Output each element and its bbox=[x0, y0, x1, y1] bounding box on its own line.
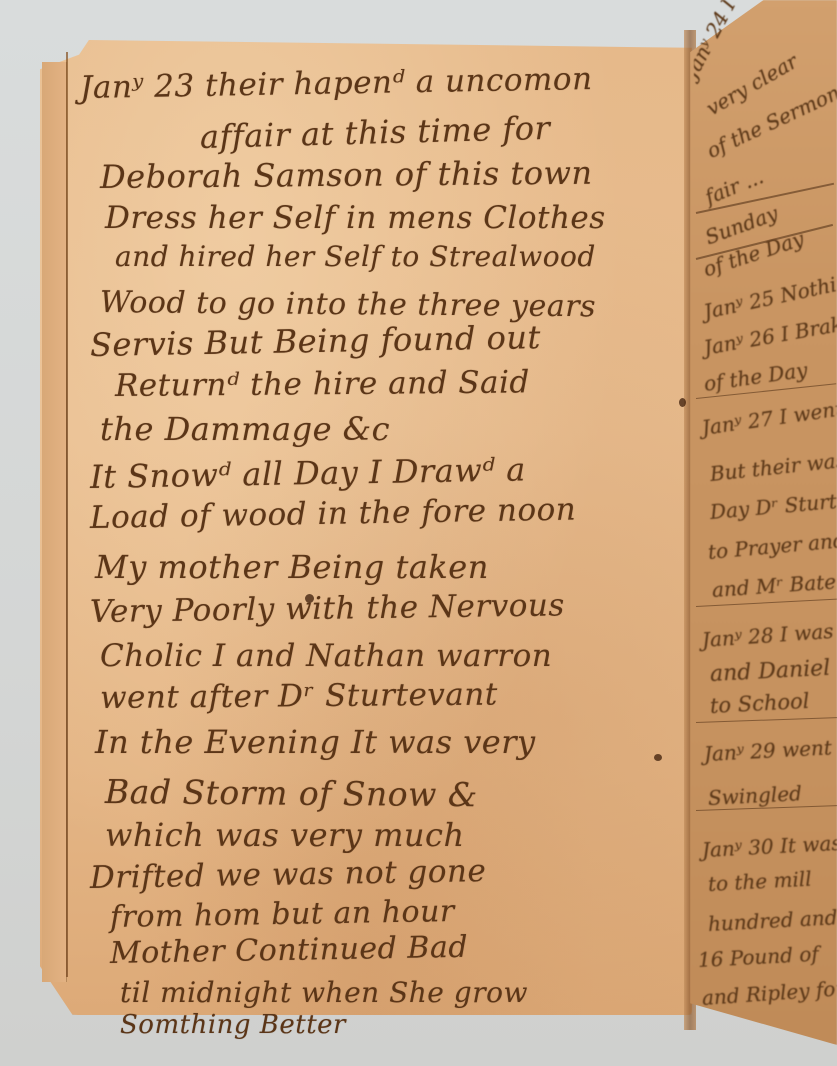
handwritten-line: Very Poorly with the Nervous bbox=[90, 587, 565, 630]
handwritten-line: Cholic I and Nathan warron bbox=[100, 638, 552, 674]
handwritten-line: and Ripley for bbox=[701, 976, 837, 1010]
handwritten-line: Janʸ 24 I bbox=[694, 0, 740, 82]
handwritten-line: Deborah Samson of this town bbox=[100, 154, 593, 196]
handwritten-line: and Mʳ Bate bbox=[711, 569, 837, 602]
handwritten-line: Bad Storm of Snow & bbox=[105, 772, 478, 814]
handwritten-line: Janʸ 28 I was bbox=[701, 619, 834, 652]
ink-blot bbox=[305, 594, 314, 603]
handwritten-line: to Prayer and bbox=[707, 528, 837, 564]
handwritten-line: went after Dʳ Sturtevant bbox=[100, 677, 498, 716]
handwritten-line: from hom but an hour bbox=[110, 894, 455, 935]
handwritten-line: Janʸ 30 It was bbox=[701, 831, 837, 862]
handwritten-line: Somthing Better bbox=[120, 1010, 346, 1040]
handwritten-line: Dress her Self in mens Clothes bbox=[105, 200, 606, 236]
handwritten-line: Janʸ 27 I went bbox=[700, 396, 837, 440]
handwritten-line: fair ... bbox=[702, 164, 767, 209]
handwritten-line: But their was bbox=[709, 448, 837, 486]
handwritten-line: and Daniel bbox=[709, 656, 831, 687]
handwritten-line: Swingled bbox=[707, 781, 802, 810]
handwritten-line: Mother Continued Bad bbox=[110, 930, 469, 971]
handwritten-line: Day Dʳ Sturt bbox=[709, 489, 837, 524]
handwritten-line: Returnᵈ the hire and Said bbox=[115, 364, 530, 404]
handwritten-line: til midnight when She grow bbox=[120, 976, 528, 1009]
handwritten-line: My mother Being taken bbox=[95, 548, 489, 586]
handwritten-line: In the Evening It was very bbox=[95, 723, 536, 761]
handwritten-line: which was very much bbox=[105, 816, 465, 854]
handwritten-line: the Dammage &c bbox=[100, 410, 390, 448]
handwritten-line: Servis But Being found out bbox=[90, 318, 541, 364]
diary-photograph: Janʸ 23 their hapenᵈ a uncomon affair at… bbox=[0, 0, 837, 1066]
handwritten-line: Drifted we was not gone bbox=[90, 853, 487, 896]
handwritten-line: to School bbox=[709, 689, 810, 718]
handwritten-line: hundred and bbox=[707, 905, 837, 936]
ink-blot bbox=[679, 398, 686, 407]
margin-line bbox=[66, 52, 68, 977]
right-page-handwriting: Janʸ 24 I very clear of the Sermon fair … bbox=[694, 0, 837, 1045]
ink-blot bbox=[654, 754, 662, 761]
handwritten-line: Janʸ 29 went bbox=[703, 735, 832, 766]
handwritten-line: and hired her Self to Strealwood bbox=[115, 240, 596, 273]
handwritten-line: of the Day bbox=[702, 358, 808, 396]
page-edge bbox=[42, 62, 67, 982]
handwritten-line: It Snowᵈ all Day I Drawᵈ a bbox=[90, 450, 526, 496]
handwritten-line: 16 Pound of bbox=[697, 942, 819, 972]
handwritten-line: to the mill bbox=[707, 867, 812, 896]
